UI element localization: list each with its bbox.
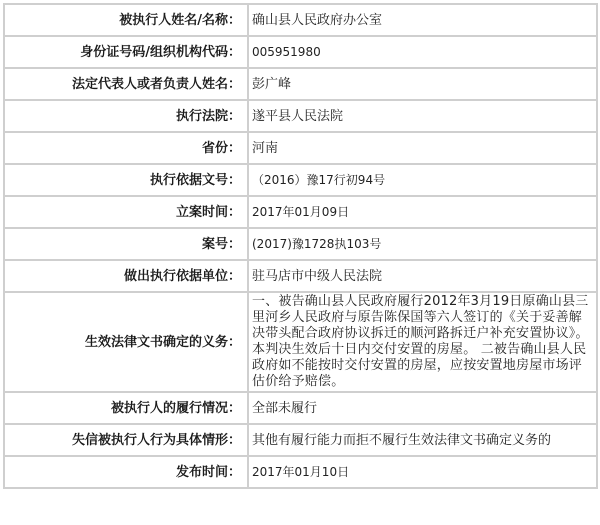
- row-legal-representative: 法定代表人或者负责人姓名： 彭广峰: [4, 68, 597, 100]
- row-executing-court: 执行法院： 遂平县人民法院: [4, 100, 597, 132]
- value-publish-date: 2017年01月10日: [248, 456, 597, 488]
- label-case-number: 案号：: [4, 228, 248, 260]
- label-executing-court: 执行法院：: [4, 100, 248, 132]
- label-legal-representative: 法定代表人或者负责人姓名：: [4, 68, 248, 100]
- row-province: 省份： 河南: [4, 132, 597, 164]
- value-legal-representative: 彭广峰: [248, 68, 597, 100]
- row-execution-basis-doc-no: 执行依据文号： （2016）豫17行初94号: [4, 164, 597, 196]
- label-dishonest-behavior: 失信被执行人行为具体情形：: [4, 424, 248, 456]
- label-filing-date: 立案时间：: [4, 196, 248, 228]
- row-filing-date: 立案时间： 2017年01月09日: [4, 196, 597, 228]
- value-obligations: 一、被告确山县人民政府履行2012年3月19日原确山县三里河乡人民政府与原告陈保…: [248, 292, 597, 392]
- label-id-or-org-code: 身份证号码/组织机构代码：: [4, 36, 248, 68]
- label-executed-person-name: 被执行人姓名/名称：: [4, 4, 248, 36]
- row-performance-status: 被执行人的履行情况： 全部未履行: [4, 392, 597, 424]
- row-case-number: 案号： (2017)豫1728执103号: [4, 228, 597, 260]
- record-detail-panel: 被执行人姓名/名称： 确山县人民政府办公室 身份证号码/组织机构代码： 0059…: [3, 3, 598, 489]
- record-detail-table: 被执行人姓名/名称： 确山县人民政府办公室 身份证号码/组织机构代码： 0059…: [3, 3, 598, 489]
- value-dishonest-behavior: 其他有履行能力而拒不履行生效法律文书确定义务的: [248, 424, 597, 456]
- row-issuing-unit: 做出执行依据单位： 驻马店市中级人民法院: [4, 260, 597, 292]
- label-obligations: 生效法律文书确定的义务：: [4, 292, 248, 392]
- label-province: 省份：: [4, 132, 248, 164]
- row-id-or-org-code: 身份证号码/组织机构代码： 005951980: [4, 36, 597, 68]
- label-publish-date: 发布时间：: [4, 456, 248, 488]
- row-executed-person-name: 被执行人姓名/名称： 确山县人民政府办公室: [4, 4, 597, 36]
- label-execution-basis-doc-no: 执行依据文号：: [4, 164, 248, 196]
- value-issuing-unit: 驻马店市中级人民法院: [248, 260, 597, 292]
- value-executing-court: 遂平县人民法院: [248, 100, 597, 132]
- row-dishonest-behavior: 失信被执行人行为具体情形： 其他有履行能力而拒不履行生效法律文书确定义务的: [4, 424, 597, 456]
- value-province: 河南: [248, 132, 597, 164]
- value-id-or-org-code: 005951980: [248, 36, 597, 68]
- row-obligations: 生效法律文书确定的义务： 一、被告确山县人民政府履行2012年3月19日原确山县…: [4, 292, 597, 392]
- value-performance-status: 全部未履行: [248, 392, 597, 424]
- label-performance-status: 被执行人的履行情况：: [4, 392, 248, 424]
- value-case-number: (2017)豫1728执103号: [248, 228, 597, 260]
- value-executed-person-name: 确山县人民政府办公室: [248, 4, 597, 36]
- row-publish-date: 发布时间： 2017年01月10日: [4, 456, 597, 488]
- value-execution-basis-doc-no: （2016）豫17行初94号: [248, 164, 597, 196]
- label-issuing-unit: 做出执行依据单位：: [4, 260, 248, 292]
- value-filing-date: 2017年01月09日: [248, 196, 597, 228]
